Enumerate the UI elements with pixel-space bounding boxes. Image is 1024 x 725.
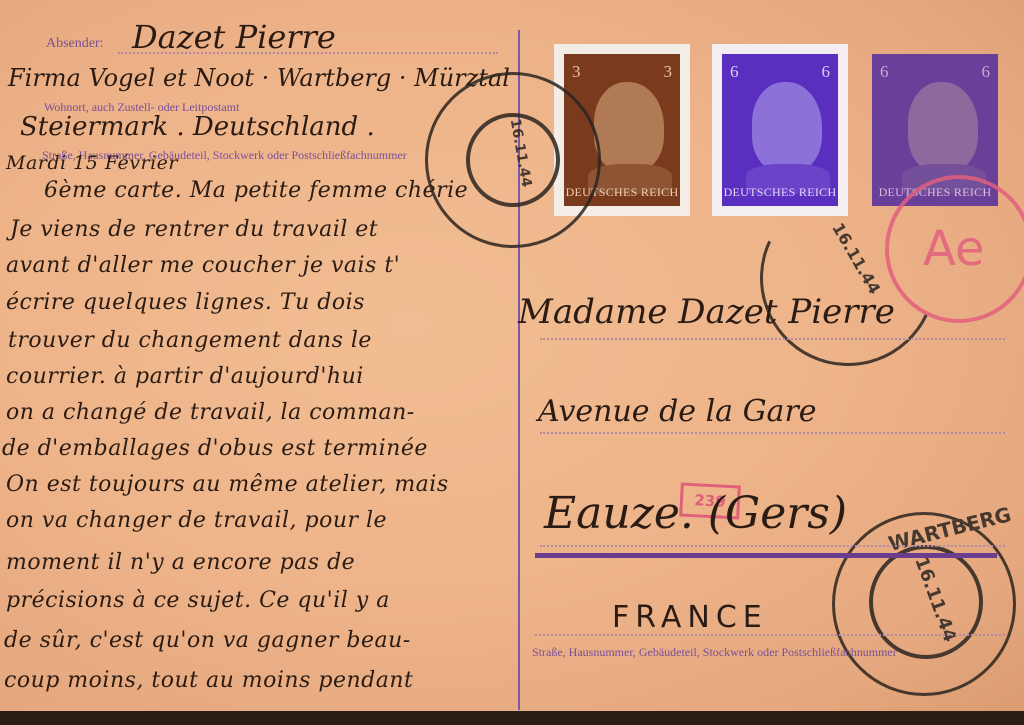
postmark-upper-left: 16.11.44 <box>425 72 601 248</box>
letter-line: On est toujours au même atelier, mais <box>6 472 449 497</box>
recipient-street: Avenue de la Gare <box>538 394 817 429</box>
sender-name: Dazet Pierre <box>132 18 336 56</box>
letter-line: on a changé de travail, la comman- <box>6 400 415 425</box>
stamp-6pf-violet: 6 6 DEUTSCHES REICH <box>712 44 848 216</box>
destination-underline-bar <box>535 553 997 558</box>
stamp-value: 6 <box>822 62 831 82</box>
letter-line: avant d'aller me coucher je vais t' <box>6 253 400 278</box>
letter-line: moment il n'y a encore pas de <box>6 550 355 575</box>
letter-line: courrier. à partir d'aujourd'hui <box>6 364 364 389</box>
postcard: Absender: Wohnort, auch Zustell- oder Le… <box>0 0 1024 725</box>
address-dotted-line <box>540 432 1005 434</box>
stamp-value: 6 <box>730 62 739 82</box>
letter-line: 6ème carte. Ma petite femme chérie <box>44 178 468 203</box>
portrait-icon <box>594 82 664 172</box>
letter-line: Je viens de rentrer du travail et <box>10 217 378 242</box>
letter-line: de d'emballages d'obus est terminée <box>2 436 428 461</box>
recipient-name: Madame Dazet Pierre <box>518 292 895 332</box>
address-dotted-line <box>540 545 1005 547</box>
letter-line: de sûr, c'est qu'on va gagner beau- <box>4 628 411 653</box>
postmark-town: WARTBERG <box>886 502 1014 556</box>
letter-line: trouver du changement dans le <box>8 328 372 353</box>
stamp-value: 3 <box>664 62 673 82</box>
letter-line: coup moins, tout au moins pendant <box>4 668 413 693</box>
stamp-value: 6 <box>880 62 889 82</box>
letter-date: Mardi 15 Février <box>6 152 178 174</box>
address-dotted-line <box>535 634 1005 636</box>
recipient-street-label: Straße, Hausnummer, Gebäudeteil, Stockwe… <box>532 645 897 660</box>
portrait-icon <box>908 82 978 172</box>
postmark-lower-right: 16.11.44 WARTBERG <box>832 512 1016 696</box>
postmark-date: 16.11.44 <box>828 220 884 298</box>
portrait-icon <box>752 82 822 172</box>
recipient-city: Eauze. (Gers) <box>544 488 847 539</box>
censor-stamp-ae: Ae <box>885 175 1024 323</box>
letter-line: on va changer de travail, pour le <box>6 508 387 533</box>
letter-line: précisions à ce sujet. Ce qu'il y a <box>6 588 390 613</box>
sender-region: Steiermark . Deutschland . <box>20 112 375 142</box>
censor-code: Ae <box>923 221 985 277</box>
recipient-country: FRANCE <box>612 600 768 635</box>
sender-company: Firma Vogel et Noot · Wartberg · Mürztal <box>8 64 510 92</box>
letter-line: écrire quelques lignes. Tu dois <box>6 290 365 315</box>
stamp-value: 6 <box>982 62 991 82</box>
address-dotted-line <box>540 338 1005 340</box>
stamp-value: 3 <box>572 62 581 82</box>
sender-label: Absender: <box>46 36 104 52</box>
